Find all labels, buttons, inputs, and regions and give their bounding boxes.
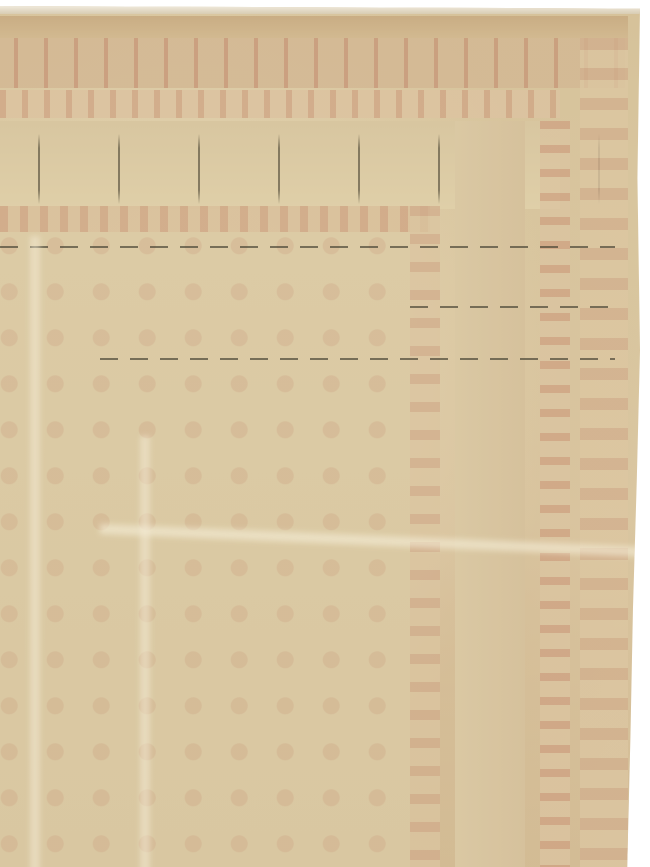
rug-top-fringe	[0, 6, 640, 14]
rug-photo	[0, 0, 650, 867]
dark-outline-1	[0, 246, 615, 248]
right-main-border	[455, 121, 525, 867]
vertical-fold-crease-1	[30, 236, 40, 867]
scallop-guard-band	[0, 90, 560, 118]
outer-guard-stripe	[0, 16, 628, 38]
dark-outline-2	[410, 306, 615, 308]
rug-surface	[0, 6, 640, 867]
rug-field	[0, 232, 410, 867]
dark-outline-3	[100, 358, 615, 360]
vertical-fold-crease-2	[140, 436, 150, 867]
outer-border-band	[0, 38, 625, 88]
inner-guard-band	[0, 206, 430, 232]
right-outer-border	[580, 38, 628, 867]
right-guard-stripe	[540, 121, 570, 867]
